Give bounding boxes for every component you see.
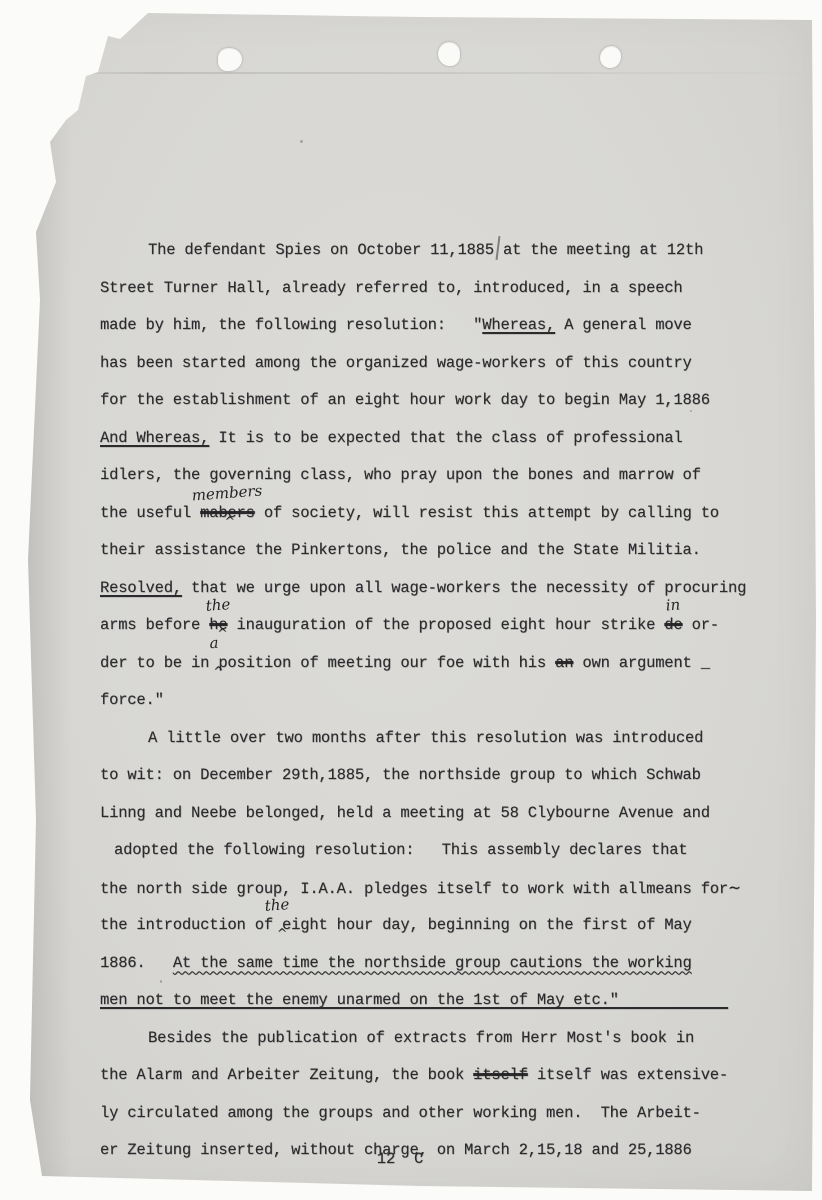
typed-text: the introduction of bbox=[100, 916, 273, 934]
text-line: adopted the following resolution: This a… bbox=[100, 832, 772, 870]
typed-text: idlers, the governing class, who pray up… bbox=[100, 466, 701, 484]
typed-text: der to be in bbox=[100, 654, 209, 672]
typed-text-segment: Linng and Neebe belonged, held a meeting… bbox=[100, 795, 710, 833]
text-line: 1886. At the same time the northside gro… bbox=[100, 945, 772, 983]
paper-crease bbox=[40, 72, 812, 74]
typed-text-segment: adopted the following resolution: This a… bbox=[114, 832, 687, 870]
annotated-text-segment: the^ bbox=[273, 907, 282, 945]
typed-text-segment: itself was extensive- bbox=[528, 1057, 728, 1095]
annotated-text-segment: dein bbox=[664, 607, 682, 645]
handwritten-insertion: in bbox=[666, 598, 681, 613]
page-number: 12 C bbox=[330, 1150, 470, 1168]
typed-text: position of meeting our foe with his bbox=[218, 654, 555, 672]
handwritten-insertion: members bbox=[192, 483, 263, 502]
typed-text-segment: Resolved, bbox=[100, 570, 182, 608]
typed-text-segment: of society, will resist this attempt by … bbox=[255, 495, 719, 533]
typed-text-segment: the introduction of bbox=[100, 907, 273, 945]
text-line: force." bbox=[100, 682, 772, 720]
typed-text: to wit: on December 29th,1885, the north… bbox=[100, 766, 701, 784]
typed-text: the Alarm and Arbeiter Zeitung, the book bbox=[100, 1066, 473, 1084]
typed-text: or- bbox=[683, 616, 719, 634]
typed-text-segment: their assistance the Pinkertons, the pol… bbox=[100, 532, 701, 570]
typed-text: Street Turner Hall, already referred to,… bbox=[100, 279, 683, 297]
typed-text: It is to be expected that the class of p… bbox=[209, 429, 682, 447]
typed-text-segment: position of meeting our foe with his bbox=[218, 645, 555, 683]
typed-text-segment: has been started among the organized wag… bbox=[100, 345, 692, 383]
typed-text: made by him, the following resolution: " bbox=[100, 316, 482, 334]
text-line: And Whereas, It is to be expected that t… bbox=[100, 420, 772, 458]
typed-text-segment: der to be in bbox=[100, 645, 209, 683]
punch-hole bbox=[218, 48, 242, 71]
typed-text: the useful bbox=[100, 504, 200, 522]
typed-text: eight hour day, beginning on the first o… bbox=[282, 916, 692, 934]
text-line: to wit: on December 29th,1885, the north… bbox=[100, 757, 772, 795]
typed-text-segment: ~ bbox=[728, 870, 741, 909]
text-line: the Alarm and Arbeiter Zeitung, the book… bbox=[100, 1057, 772, 1095]
left-edge-shadow bbox=[22, 0, 72, 1200]
handwritten-insertion: a bbox=[209, 635, 219, 650]
caret-mark: ^ bbox=[225, 516, 235, 526]
text-line: arms before hethe^ inauguration of the p… bbox=[100, 607, 772, 645]
struck-text: de bbox=[664, 616, 682, 634]
typed-text-segment bbox=[619, 982, 728, 1020]
text-line: the north side group, I.A.A. pledges its… bbox=[100, 870, 772, 908]
typed-text: that we urge upon all wage-workers the n… bbox=[182, 579, 746, 597]
typed-text: itself was extensive- bbox=[528, 1066, 728, 1084]
typed-text: The defendant Spies on October 11,1885 a… bbox=[148, 241, 703, 259]
typed-text: of society, will resist this attempt by … bbox=[255, 504, 719, 522]
typed-text-segment: At the same time the northside group cau… bbox=[173, 945, 692, 983]
typed-text-segment: And Whereas, bbox=[100, 420, 209, 458]
typed-text: own argument _ bbox=[573, 654, 710, 672]
typed-text: ly circulated among the groups and other… bbox=[100, 1104, 701, 1122]
text-line: ly circulated among the groups and other… bbox=[100, 1095, 772, 1133]
typed-text: the north side group, I.A.A. pledges its… bbox=[100, 880, 728, 898]
typed-text-segment: arms before bbox=[100, 607, 209, 645]
typed-text-segment: own argument _ bbox=[573, 645, 710, 683]
typed-text-segment: A little over two months after this reso… bbox=[148, 720, 703, 758]
typed-text-segment: men not to meet the enemy unarmed on the… bbox=[100, 982, 619, 1020]
typed-text: And Whereas, bbox=[100, 429, 209, 447]
typed-text: has been started among the organized wag… bbox=[100, 354, 692, 372]
typed-text-segment: that we urge upon all wage-workers the n… bbox=[182, 570, 746, 608]
typed-text-segment: Besides the publication of extracts from… bbox=[148, 1020, 694, 1058]
typed-text-segment: force." bbox=[100, 682, 164, 720]
scan-background: The defendant Spies on October 11,1885 a… bbox=[0, 0, 822, 1200]
typed-text-segment: ly circulated among the groups and other… bbox=[100, 1095, 701, 1133]
document-page: The defendant Spies on October 11,1885 a… bbox=[0, 0, 822, 1200]
text-line: The defendant Spies on October 11,1885 a… bbox=[100, 232, 772, 270]
typed-text-segment: for the establishment of an eight hour w… bbox=[100, 382, 710, 420]
typed-text-segment: made by him, the following resolution: " bbox=[100, 307, 482, 345]
typed-text-segment: or- bbox=[683, 607, 719, 645]
struck-text: an bbox=[555, 654, 573, 672]
punch-hole bbox=[600, 46, 621, 68]
text-line: A little over two months after this reso… bbox=[100, 720, 772, 758]
text-line: Besides the publication of extracts from… bbox=[100, 1020, 772, 1058]
typed-text: Whereas, bbox=[482, 316, 555, 334]
typed-text: 1886. bbox=[100, 954, 173, 972]
typed-text: for the establishment of an eight hour w… bbox=[100, 391, 710, 409]
annotated-text-segment: a^ bbox=[209, 645, 218, 683]
punch-hole bbox=[438, 42, 460, 66]
typed-text: inauguration of the proposed eight hour … bbox=[227, 616, 664, 634]
typed-text-segment: itself bbox=[473, 1057, 528, 1095]
typed-text: At the same time the northside group cau… bbox=[173, 954, 692, 972]
text-line: men not to meet the enemy unarmed on the… bbox=[100, 982, 772, 1020]
typed-text: A general move bbox=[555, 316, 692, 334]
typed-text: Linng and Neebe belonged, held a meeting… bbox=[100, 804, 710, 822]
text-line: for the establishment of an eight hour w… bbox=[100, 382, 772, 420]
typed-text-segment: Street Turner Hall, already referred to,… bbox=[100, 270, 683, 308]
text-line: Street Turner Hall, already referred to,… bbox=[100, 270, 772, 308]
typed-text-segment: inauguration of the proposed eight hour … bbox=[227, 607, 664, 645]
typed-text: their assistance the Pinkertons, the pol… bbox=[100, 541, 701, 559]
typed-text-segment: eight hour day, beginning on the first o… bbox=[282, 907, 692, 945]
typed-text: men not to meet the enemy unarmed on the… bbox=[100, 991, 619, 1009]
typed-text-segment: idlers, the governing class, who pray up… bbox=[100, 457, 701, 495]
typed-text-segment: Whereas, bbox=[482, 307, 555, 345]
typed-text-segment: It is to be expected that the class of p… bbox=[209, 420, 682, 458]
struck-text: itself bbox=[473, 1066, 528, 1084]
typed-text: adopted the following resolution: This a… bbox=[114, 841, 687, 859]
typed-text-segment: the useful bbox=[100, 495, 200, 533]
typed-text: A little over two months after this reso… bbox=[148, 729, 703, 747]
text-line: the useful mabersmembers^ of society, wi… bbox=[100, 495, 772, 533]
text-line: the introduction of the^eight hour day, … bbox=[100, 907, 772, 945]
typed-text bbox=[619, 991, 728, 1009]
typed-text: force." bbox=[100, 691, 164, 709]
typed-text-segment: an bbox=[555, 645, 573, 683]
caret-mark: ^ bbox=[217, 628, 227, 638]
typed-text: Resolved, bbox=[100, 579, 182, 597]
ink-speck bbox=[300, 140, 303, 143]
text-line: has been started among the organized wag… bbox=[100, 345, 772, 383]
typed-text-segment: to wit: on December 29th,1885, the north… bbox=[100, 757, 701, 795]
typed-text: ~ bbox=[728, 879, 741, 897]
typed-text: Besides the publication of extracts from… bbox=[148, 1029, 694, 1047]
typed-text-block: The defendant Spies on October 11,1885 a… bbox=[100, 232, 772, 1170]
annotated-text-segment: mabersmembers^ bbox=[200, 495, 255, 533]
text-line: their assistance the Pinkertons, the pol… bbox=[100, 532, 772, 570]
text-line: der to be in a^position of meeting our f… bbox=[100, 645, 772, 683]
typed-text-segment: the Alarm and Arbeiter Zeitung, the book bbox=[100, 1057, 473, 1095]
typed-text: arms before bbox=[100, 616, 209, 634]
typed-text-segment: 1886. bbox=[100, 945, 173, 983]
text-line: made by him, the following resolution: "… bbox=[100, 307, 772, 345]
typed-text-segment: The defendant Spies on October 11,1885 a… bbox=[148, 232, 703, 270]
typed-text-segment: the north side group, I.A.A. pledges its… bbox=[100, 871, 728, 909]
text-line: Linng and Neebe belonged, held a meeting… bbox=[100, 795, 772, 833]
typed-text-segment: A general move bbox=[555, 307, 692, 345]
